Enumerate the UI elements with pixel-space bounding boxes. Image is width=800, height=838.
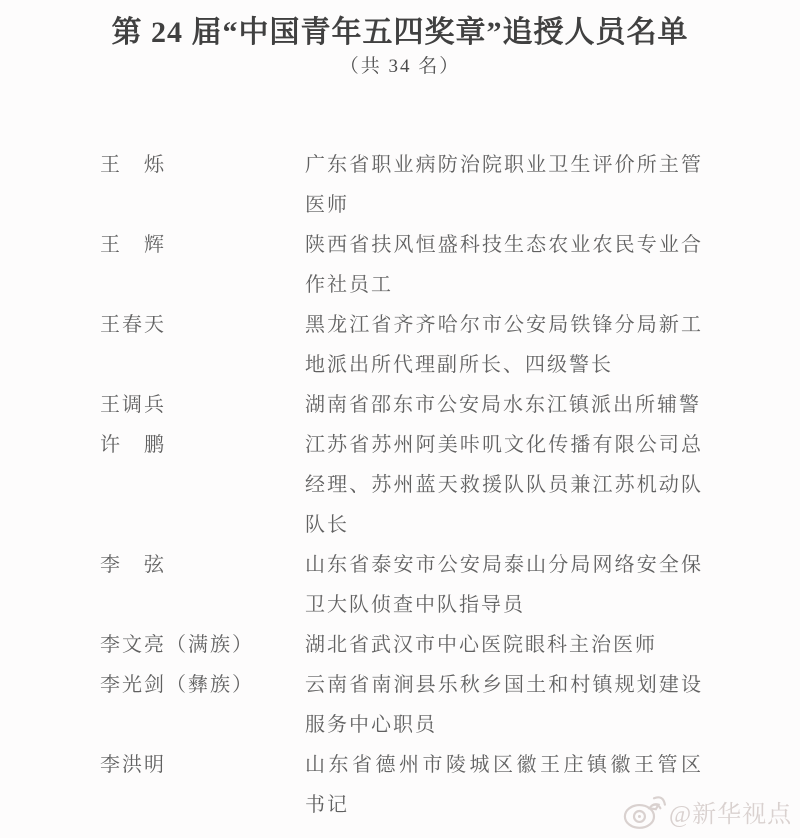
- person-description: 湖北省武汉市中心医院眼科主治医师: [305, 625, 703, 665]
- person-name: 李文亮（满族）: [100, 625, 305, 665]
- description-line: 广东省职业病防治院职业卫生评价所主管: [305, 145, 703, 185]
- list-item: 王 辉 陕西省扶风恒盛科技生态农业农民专业合作社员工: [0, 225, 800, 305]
- watermark-handle: @新华视点: [669, 794, 792, 829]
- list-item: 李光剑（彝族） 云南省南涧县乐秋乡国土和村镇规划建设服务中心职员: [0, 665, 800, 745]
- person-description: 云南省南涧县乐秋乡国土和村镇规划建设服务中心职员: [305, 665, 703, 745]
- person-name: 李 弦: [100, 545, 305, 625]
- list-item: 王春天 黑龙江省齐齐哈尔市公安局铁锋分局新工地派出所代理副所长、四级警长: [0, 305, 800, 385]
- description-line: 服务中心职员: [305, 705, 703, 745]
- description-line: 地派出所代理副所长、四级警长: [305, 345, 703, 385]
- person-name: 王 烁: [100, 145, 305, 225]
- person-name: 王调兵: [100, 385, 305, 425]
- person-name: 王 辉: [100, 225, 305, 305]
- person-description: 陕西省扶风恒盛科技生态农业农民专业合作社员工: [305, 225, 703, 305]
- description-line: 医师: [305, 185, 703, 225]
- description-line: 湖南省邵东市公安局水东江镇派出所辅警: [305, 385, 703, 425]
- person-description: 广东省职业病防治院职业卫生评价所主管医师: [305, 145, 703, 225]
- description-line: 队长: [305, 505, 703, 545]
- list-item: 王调兵 湖南省邵东市公安局水东江镇派出所辅警: [0, 385, 800, 425]
- description-line: 云南省南涧县乐秋乡国土和村镇规划建设: [305, 665, 703, 705]
- page-subtitle: （共 34 名）: [0, 52, 800, 82]
- description-line: 卫大队侦查中队指导员: [305, 585, 703, 625]
- description-line: 陕西省扶风恒盛科技生态农业农民专业合: [305, 225, 703, 265]
- description-line: 黑龙江省齐齐哈尔市公安局铁锋分局新工: [305, 305, 703, 345]
- weibo-icon: [622, 791, 666, 831]
- description-line: 江苏省苏州阿美咔叽文化传播有限公司总: [305, 425, 703, 465]
- person-name: 李洪明: [100, 745, 305, 825]
- description-line: 山东省泰安市公安局泰山分局网络安全保: [305, 545, 703, 585]
- person-description: 湖南省邵东市公安局水东江镇派出所辅警: [305, 385, 703, 425]
- award-list: 王 烁 广东省职业病防治院职业卫生评价所主管医师 王 辉 陕西省扶风恒盛科技生态…: [0, 145, 800, 825]
- watermark: @新华视点: [622, 791, 792, 831]
- person-description: 山东省泰安市公安局泰山分局网络安全保卫大队侦查中队指导员: [305, 545, 703, 625]
- list-item: 王 烁 广东省职业病防治院职业卫生评价所主管医师: [0, 145, 800, 225]
- page-title: 第 24 届“中国青年五四奖章”追授人员名单: [0, 0, 800, 52]
- description-line: 山东省德州市陵城区徽王庄镇徽王管区: [305, 745, 703, 785]
- description-line: 经理、苏州蓝天救援队队员兼江苏机动队: [305, 465, 703, 505]
- list-item: 李文亮（满族） 湖北省武汉市中心医院眼科主治医师: [0, 625, 800, 665]
- person-description: 江苏省苏州阿美咔叽文化传播有限公司总经理、苏州蓝天救援队队员兼江苏机动队队长: [305, 425, 703, 545]
- description-line: 作社员工: [305, 265, 703, 305]
- person-name: 王春天: [100, 305, 305, 385]
- list-item: 李 弦 山东省泰安市公安局泰山分局网络安全保卫大队侦查中队指导员: [0, 545, 800, 625]
- list-item: 许 鹏 江苏省苏州阿美咔叽文化传播有限公司总经理、苏州蓝天救援队队员兼江苏机动队…: [0, 425, 800, 545]
- description-line: 湖北省武汉市中心医院眼科主治医师: [305, 625, 703, 665]
- person-description: 黑龙江省齐齐哈尔市公安局铁锋分局新工地派出所代理副所长、四级警长: [305, 305, 703, 385]
- person-name: 李光剑（彝族）: [100, 665, 305, 745]
- person-name: 许 鹏: [100, 425, 305, 545]
